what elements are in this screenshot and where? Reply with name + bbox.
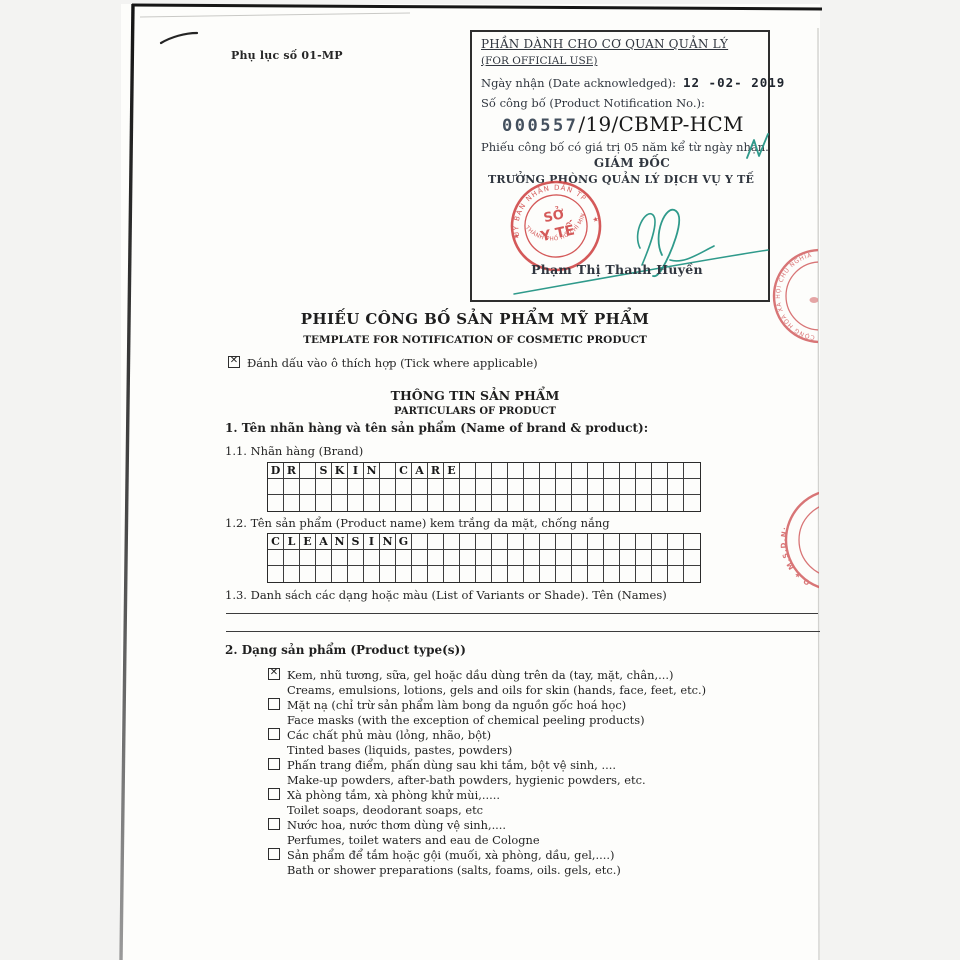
grid-cell [684, 566, 700, 582]
product-type-label-en: Face masks (with the exception of chemic… [268, 713, 788, 728]
product-type-vi-line: Mặt nạ (chỉ trừ sản phẩm làm bong da ngu… [268, 698, 788, 713]
checkbox-unchecked [268, 698, 280, 710]
grid-cell [668, 550, 684, 566]
form-title-vi: PHIẾU CÔNG BỐ SẢN PHẨM MỸ PHẨM [130, 312, 820, 326]
grid-cell [572, 495, 588, 511]
handwritten-tick-icon [744, 130, 772, 164]
grid-cell [364, 495, 380, 511]
grid-cell [684, 534, 700, 550]
grid-cell [684, 479, 700, 495]
grid-cell [588, 550, 604, 566]
product-type-label-en: Bath or shower preparations (salts, foam… [268, 863, 788, 878]
product-type-item: Phấn trang điểm, phấn dùng sau khi tắm, … [268, 758, 788, 788]
product-type-label-vi: Nước hoa, nước thơm dùng vệ sinh,.... [287, 818, 506, 832]
product-type-vi-line: Phấn trang điểm, phấn dùng sau khi tắm, … [268, 758, 788, 773]
grid-cell: A [316, 534, 332, 550]
grid-cell [636, 495, 652, 511]
form-title-en: TEMPLATE FOR NOTIFICATION OF COSMETIC PR… [130, 333, 820, 347]
variants-label: 1.3. Danh sách các dạng hoặc màu (List o… [225, 588, 667, 602]
grid-cell [540, 463, 556, 479]
product-type-label-en: Creams, emulsions, lotions, gels and oil… [268, 683, 788, 698]
checkbox-unchecked [268, 818, 280, 830]
grid-cell [268, 479, 284, 495]
brand-label: 1.1. Nhãn hàng (Brand) [225, 444, 363, 458]
grid-cell [284, 566, 300, 582]
product-info-header-en: PARTICULARS OF PRODUCT [130, 405, 820, 419]
grid-cell [396, 495, 412, 511]
grid-cell [460, 534, 476, 550]
grid-cell [428, 566, 444, 582]
grid-cell [604, 479, 620, 495]
product-type-label-vi: Sản phẩm để tắm hoặc gội (muối, xà phòng… [287, 848, 614, 862]
grid-cell [556, 534, 572, 550]
grid-cell [476, 463, 492, 479]
grid-cell: R [428, 463, 444, 479]
grid-cell [620, 463, 636, 479]
checkbox-unchecked [268, 728, 280, 740]
grid-cell: S [316, 463, 332, 479]
grid-cell [540, 550, 556, 566]
grid-cell: E [300, 534, 316, 550]
edge-stamp-bottom-icon: O ★ M.S.D.N: [778, 484, 819, 600]
grid-cell [556, 479, 572, 495]
grid-cell [412, 566, 428, 582]
product-type-label-vi: Mặt nạ (chỉ trừ sản phẩm làm bong da ngu… [287, 698, 626, 712]
product-type-item: Xà phòng tắm, xà phòng khử mùi,.....Toil… [268, 788, 788, 818]
grid-cell [268, 550, 284, 566]
grid-cell [556, 495, 572, 511]
scanned-document-page: Phụ lục số 01-MP PHẦN DÀNH CHO CƠ QUAN Q… [0, 0, 960, 960]
tick-note-label: Đánh dấu vào ô thích hợp (Tick where app… [247, 356, 538, 370]
grid-cell [428, 479, 444, 495]
grid-cell [316, 550, 332, 566]
validity-note: Phiếu công bố có giá trị 05 năm kể từ ng… [481, 140, 769, 154]
grid-cell: E [444, 463, 460, 479]
grid-cell [572, 534, 588, 550]
grid-cell [540, 479, 556, 495]
grid-cell: S [348, 534, 364, 550]
notification-number-value: 000557/19/CBMP-HCM [502, 112, 744, 136]
grid-cell [540, 495, 556, 511]
grid-cell: I [348, 463, 364, 479]
grid-cell [412, 495, 428, 511]
product-type-label-vi: Xà phòng tắm, xà phòng khử mùi,..... [287, 788, 500, 802]
grid-cell: I [364, 534, 380, 550]
signer-name: Phạm Thị Thanh Huyền [497, 262, 737, 277]
grid-cell [652, 566, 668, 582]
product-type-item: Mặt nạ (chỉ trừ sản phẩm làm bong da ngu… [268, 698, 788, 728]
grid-cell [588, 566, 604, 582]
notification-number-suffix: /19/CBMP-HCM [578, 112, 743, 136]
grid-cell [684, 463, 700, 479]
tick-note-row: ✕Đánh dấu vào ô thích hợp (Tick where ap… [228, 356, 538, 370]
grid-cell [476, 566, 492, 582]
grid-cell [508, 550, 524, 566]
grid-cell [524, 550, 540, 566]
grid-cell [668, 479, 684, 495]
grid-cell [652, 479, 668, 495]
product-type-label-vi: Các chất phủ màu (lỏng, nhão, bột) [287, 728, 491, 742]
pen-stroke-icon [155, 25, 205, 50]
grid-cell [300, 463, 316, 479]
date-acknowledged-label: Ngày nhận (Date acknowledged): [481, 76, 676, 90]
grid-cell [604, 534, 620, 550]
product-type-vi-line: Nước hoa, nước thơm dùng vệ sinh,.... [268, 818, 788, 833]
grid-cell [300, 495, 316, 511]
grid-cell [604, 463, 620, 479]
grid-cell [332, 550, 348, 566]
grid-cell [508, 463, 524, 479]
grid-cell [556, 463, 572, 479]
grid-cell [476, 534, 492, 550]
product-type-label-en: Tinted bases (liquids, pastes, powders) [268, 743, 788, 758]
grid-cell [444, 495, 460, 511]
grid-cell [268, 495, 284, 511]
grid-cell [588, 463, 604, 479]
grid-cell [508, 495, 524, 511]
product-type-label-vi: Phấn trang điểm, phấn dùng sau khi tắm, … [287, 758, 616, 772]
grid-cell [348, 479, 364, 495]
grid-cell [444, 534, 460, 550]
grid-cell [380, 479, 396, 495]
date-acknowledged-row: Ngày nhận (Date acknowledged):12 -02- 20… [481, 75, 785, 90]
grid-cell [284, 550, 300, 566]
grid-cell [380, 463, 396, 479]
grid-cell [364, 479, 380, 495]
product-type-label-vi: Kem, nhũ tương, sữa, gel hoặc dầu dùng t… [287, 668, 673, 682]
grid-cell [428, 534, 444, 550]
grid-cell [284, 495, 300, 511]
checkbox-unchecked [268, 788, 280, 800]
signature-icon [512, 160, 770, 300]
grid-cell [284, 479, 300, 495]
grid-cell [668, 534, 684, 550]
grid-cell: C [268, 534, 284, 550]
product-type-list: ✕Kem, nhũ tương, sữa, gel hoặc dầu dùng … [268, 668, 788, 878]
checkbox-unchecked [268, 758, 280, 770]
grid-cell [620, 566, 636, 582]
appendix-label: Phụ lục số 01-MP [231, 49, 343, 63]
notification-number-stamped: 000557 [502, 116, 578, 136]
grid-cell [300, 566, 316, 582]
grid-cell: G [396, 534, 412, 550]
grid-cell [668, 566, 684, 582]
product-type-label-en: Toilet soaps, deodorant soaps, etc [268, 803, 788, 818]
checkbox-unchecked [268, 848, 280, 860]
grid-cell [396, 550, 412, 566]
grid-cell [348, 550, 364, 566]
grid-cell [572, 550, 588, 566]
grid-cell [316, 566, 332, 582]
grid-cell [668, 463, 684, 479]
grid-cell [492, 495, 508, 511]
grid-cell [268, 566, 284, 582]
grid-cell [476, 495, 492, 511]
grid-cell [572, 463, 588, 479]
grid-cell [364, 550, 380, 566]
grid-cell [412, 550, 428, 566]
grid-cell [684, 495, 700, 511]
grid-cell [428, 495, 444, 511]
product-type-item: Sản phẩm để tắm hoặc gội (muối, xà phòng… [268, 848, 788, 878]
check-x-glyph: ✕ [269, 666, 279, 679]
grid-cell [460, 566, 476, 582]
grid-cell [492, 534, 508, 550]
grid-cell [524, 495, 540, 511]
grid-cell [492, 550, 508, 566]
section1-heading: 1. Tên nhãn hàng và tên sản phẩm (Name o… [225, 421, 648, 435]
checkbox-checked: ✕ [268, 668, 280, 680]
product-type-item: ✕Kem, nhũ tương, sữa, gel hoặc dầu dùng … [268, 668, 788, 698]
svg-text:O ★ M.S.D.N:: O ★ M.S.D.N: [780, 526, 812, 587]
product-type-item: Các chất phủ màu (lỏng, nhão, bột)Tinted… [268, 728, 788, 758]
grid-cell: A [412, 463, 428, 479]
grid-cell: C [396, 463, 412, 479]
grid-cell [684, 550, 700, 566]
product-type-vi-line: Xà phòng tắm, xà phòng khử mùi,..... [268, 788, 788, 803]
grid-cell [524, 463, 540, 479]
grid-cell [412, 534, 428, 550]
notification-number-label: Số công bố (Product Notification No.): [481, 96, 705, 110]
section2-heading: 2. Dạng sản phẩm (Product type(s)) [225, 643, 466, 657]
product-name-label: 1.2. Tên sản phẩm (Product name) kem trắ… [225, 516, 610, 530]
grid-cell [524, 566, 540, 582]
grid-cell [620, 550, 636, 566]
grid-cell [476, 550, 492, 566]
grid-cell [652, 495, 668, 511]
grid-cell [444, 550, 460, 566]
grid-cell [300, 550, 316, 566]
grid-cell [348, 495, 364, 511]
grid-cell [540, 566, 556, 582]
product-type-label-en: Perfumes, toilet waters and eau de Colog… [268, 833, 788, 848]
brand-letter-grid: DRSKINCARE [267, 462, 701, 512]
grid-cell [636, 479, 652, 495]
grid-cell [508, 479, 524, 495]
grid-cell [316, 495, 332, 511]
grid-cell [492, 463, 508, 479]
product-type-vi-line: ✕Kem, nhũ tương, sữa, gel hoặc dầu dùng … [268, 668, 788, 683]
grid-cell [524, 479, 540, 495]
grid-cell [540, 534, 556, 550]
product-type-item: Nước hoa, nước thơm dùng vệ sinh,....Per… [268, 818, 788, 848]
variants-blank-line-1 [226, 613, 818, 614]
grid-cell [652, 463, 668, 479]
grid-cell [380, 495, 396, 511]
grid-cell [652, 534, 668, 550]
grid-cell [492, 566, 508, 582]
grid-cell [508, 566, 524, 582]
grid-cell [460, 463, 476, 479]
grid-cell [620, 479, 636, 495]
official-use-box: PHẦN DÀNH CHO CƠ QUAN QUẢN LÝ (FOR OFFIC… [470, 30, 770, 302]
grid-cell [348, 566, 364, 582]
grid-cell [620, 495, 636, 511]
checkbox-checked: ✕ [228, 356, 240, 368]
grid-cell [556, 566, 572, 582]
product-name-letter-grid: CLEANSING [267, 533, 701, 583]
product-type-vi-line: Các chất phủ màu (lỏng, nhão, bột) [268, 728, 788, 743]
grid-cell [636, 566, 652, 582]
official-box-title-en: (FOR OFFICIAL USE) [481, 55, 597, 67]
grid-cell [604, 566, 620, 582]
grid-cell [444, 479, 460, 495]
grid-cell [620, 534, 636, 550]
grid-cell [380, 550, 396, 566]
check-x-glyph: ✕ [229, 354, 239, 367]
grid-cell: N [380, 534, 396, 550]
grid-cell [476, 479, 492, 495]
grid-cell: R [284, 463, 300, 479]
grid-cell [572, 566, 588, 582]
grid-cell [396, 479, 412, 495]
date-stamp-value: 12 -02- 2019 [683, 75, 785, 90]
grid-cell [460, 495, 476, 511]
grid-cell [652, 550, 668, 566]
grid-cell [316, 479, 332, 495]
product-info-header-vi: THÔNG TIN SẢN PHẨM [130, 389, 820, 403]
grid-cell [588, 534, 604, 550]
grid-cell [364, 566, 380, 582]
grid-cell [572, 479, 588, 495]
grid-cell [636, 534, 652, 550]
grid-cell [668, 495, 684, 511]
grid-cell [636, 550, 652, 566]
grid-cell [380, 566, 396, 582]
grid-cell [428, 550, 444, 566]
grid-cell [588, 495, 604, 511]
grid-cell [460, 479, 476, 495]
edge-stamp-bottom: O ★ M.S.D.N: [778, 484, 819, 600]
grid-cell [604, 550, 620, 566]
grid-cell: D [268, 463, 284, 479]
grid-cell [556, 550, 572, 566]
svg-text:CỘNG HÒA XÃ HỘI CHỦ NGHĨA: CỘNG HÒA XÃ HỘI CHỦ NGHĨA [775, 252, 815, 341]
grid-cell [412, 479, 428, 495]
grid-cell [332, 566, 348, 582]
grid-cell [460, 550, 476, 566]
product-type-vi-line: Sản phẩm để tắm hoặc gội (muối, xà phòng… [268, 848, 788, 863]
grid-cell [492, 479, 508, 495]
grid-cell: K [332, 463, 348, 479]
grid-cell [300, 479, 316, 495]
variants-blank-line-2 [226, 631, 820, 632]
grid-cell [332, 495, 348, 511]
product-type-label-en: Make-up powders, after-bath powders, hyg… [268, 773, 788, 788]
grid-cell [636, 463, 652, 479]
grid-cell [588, 479, 604, 495]
grid-cell: N [332, 534, 348, 550]
grid-cell [396, 566, 412, 582]
grid-cell [524, 534, 540, 550]
grid-cell [508, 534, 524, 550]
grid-cell [604, 495, 620, 511]
grid-cell [332, 479, 348, 495]
grid-cell: L [284, 534, 300, 550]
official-box-title-vi: PHẦN DÀNH CHO CƠ QUAN QUẢN LÝ [481, 37, 728, 51]
grid-cell [444, 566, 460, 582]
grid-cell: N [364, 463, 380, 479]
